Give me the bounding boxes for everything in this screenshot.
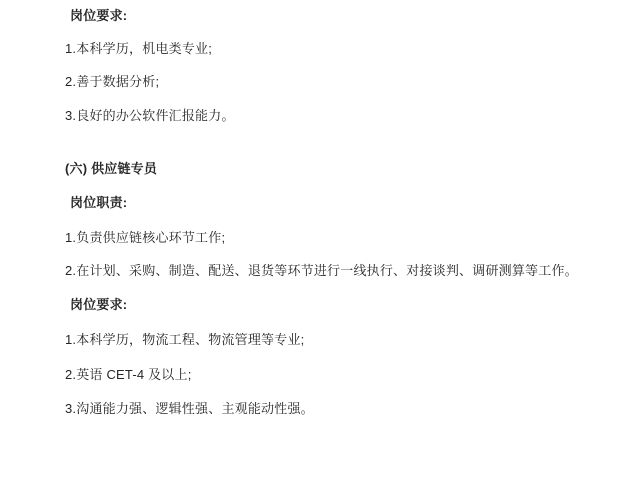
- section-six-requirement-item-2: 2.英语 CET-4 及以上;: [65, 367, 192, 382]
- section-six-requirement-item-1: 1.本科学历，物流工程、物流管理等专业;: [65, 332, 304, 347]
- section-six-responsibility-item-1: 1.负责供应链核心环节工作;: [65, 230, 225, 245]
- section-six-responsibility-item-2: 2.在计划、采购、制造、配送、退货等环节进行一线执行、对接谈判、调研测算等工作。: [65, 263, 578, 278]
- document-page: 岗位要求: 1.本科学历，机电类专业; 2.善于数据分析; 3.良好的办公软件汇…: [0, 0, 633, 484]
- section-six-requirement-item-3: 3.沟通能力强、逻辑性强、主观能动性强。: [65, 401, 314, 416]
- section-six-responsibilities-heading: 岗位职责:: [70, 195, 127, 210]
- prev-requirement-item-1: 1.本科学历，机电类专业;: [65, 41, 212, 56]
- prev-requirement-item-3: 3.良好的办公软件汇报能力。: [65, 108, 235, 123]
- section-six-title: (六) 供应链专员: [65, 161, 157, 176]
- prev-requirements-heading: 岗位要求:: [70, 8, 127, 23]
- section-six-requirements-heading: 岗位要求:: [70, 297, 127, 312]
- prev-requirement-item-2: 2.善于数据分析;: [65, 74, 159, 89]
